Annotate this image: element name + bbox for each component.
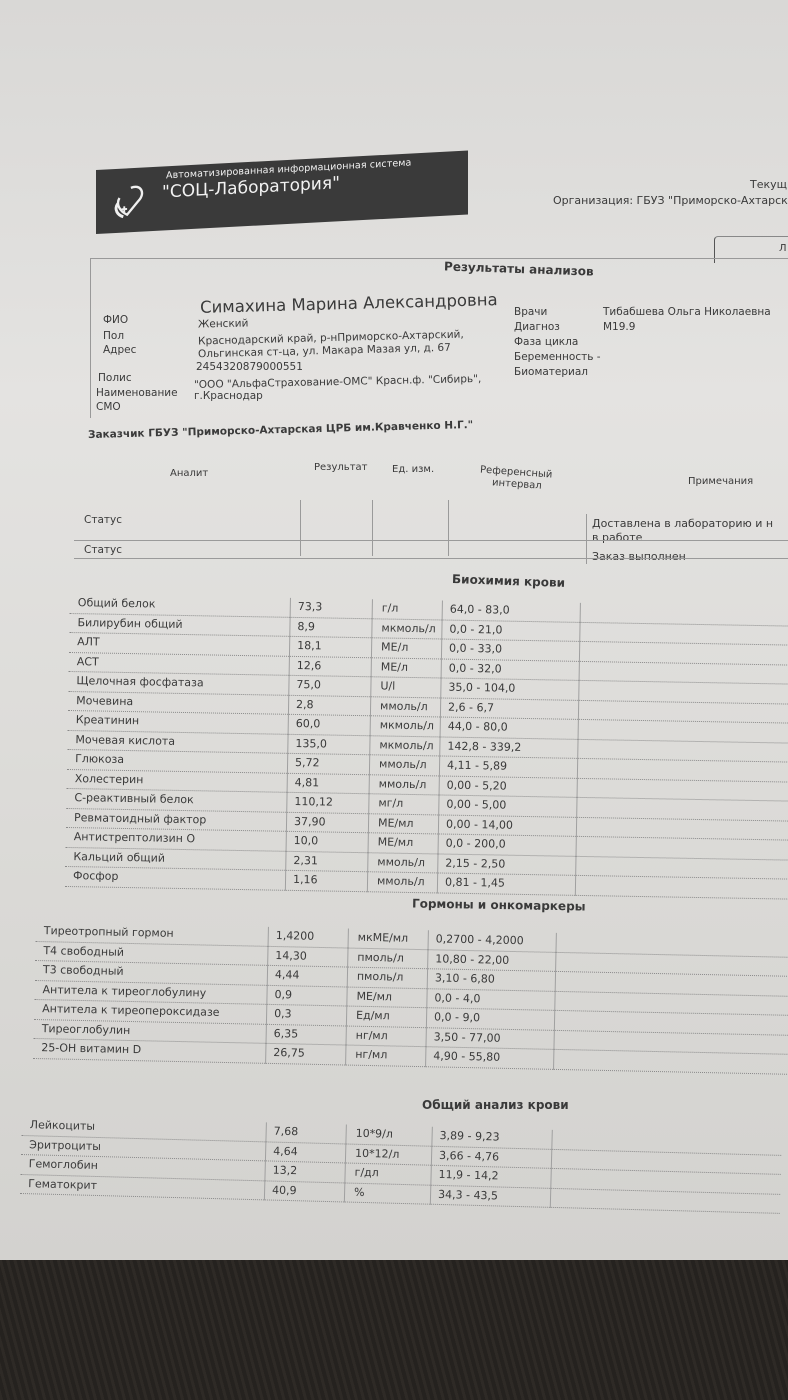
reference-range: 2,6 - 6,7 [448,700,494,714]
address-label: Адрес [103,344,136,356]
unit-value: мг/л [378,796,403,809]
tab-fragment-text: Л [779,243,787,254]
unit-value: МЕ/л [381,640,408,653]
result-value: 0,9 [274,988,292,1001]
unit-value: Ед/мл [356,1009,390,1023]
analyte-name: Мочевина [76,694,133,708]
reference-range: 0,00 - 5,20 [447,778,507,792]
reference-range: 0,0 - 32,0 [449,661,502,675]
result-value: 40,9 [272,1183,297,1197]
col-unit: Ед. изм. [392,464,434,475]
unit-value: г/дл [354,1166,378,1180]
status-row: Статус Заказ выполнен [74,528,788,556]
result-value: 60,0 [296,717,321,730]
smo-line-2: г.Краснодар [194,390,263,402]
unit-value: нг/мл [355,1048,387,1062]
result-value: 1,16 [293,873,318,886]
unit-value: МЕ/л [381,660,408,673]
status-note: Заказ выполнен [592,550,686,564]
unit-value: U/l [380,679,395,692]
reference-range: 3,66 - 4,76 [439,1148,499,1163]
reference-range: 3,10 - 6,80 [435,971,495,985]
analyte-name: С-реактивный белок [74,791,194,806]
result-value: 7,68 [274,1125,299,1139]
result-value: 13,2 [273,1164,298,1178]
frame-top-border [90,258,788,259]
analyte-name: Гематокрит [28,1177,97,1192]
doctor-value: Тибабшева Ольга Николаевна [603,306,771,318]
reference-range: 11,9 - 14,2 [438,1168,498,1183]
analyte-name: Фосфор [73,869,119,883]
analyte-name: Холестерин [75,772,144,786]
reference-range: 64,0 - 83,0 [450,603,510,617]
result-value: 6,35 [274,1027,299,1041]
reference-range: 34,3 - 43,5 [438,1187,498,1202]
policy-label: Полис [98,372,132,384]
result-value: 8,9 [297,619,315,632]
organization-label: Организация: ГБУЗ "Приморско-Ахтарск [553,194,788,207]
reference-range: 142,8 - 339,2 [447,739,521,753]
page-title: Результаты анализов [444,259,594,278]
col-result: Результат [314,462,367,473]
status-label: Статус [84,544,122,556]
document-paper: Автоматизированная информационная систем… [0,0,788,1310]
reference-range: 0,2700 - 4,2000 [436,932,524,947]
fio-label: ФИО [103,314,128,326]
unit-value: мкмоль/л [379,738,433,752]
analyte-name: Тиреотропный гормон [44,924,174,940]
unit-value: мкмоль/л [381,621,435,635]
result-value: 26,75 [273,1046,305,1060]
unit-value: г/л [382,601,399,614]
analyte-name: Кальций общий [73,850,165,865]
biochemistry-table: Общий белок73,3г/л64,0 - 83,0Билирубин о… [65,594,788,900]
reference-range: 0,0 - 9,0 [434,1010,480,1024]
system-banner: Автоматизированная информационная систем… [96,151,468,234]
unit-value: МЕ/мл [356,989,392,1003]
reference-range: 35,0 - 104,0 [448,681,515,695]
section-title-hormones: Гормоны и онкомаркеры [412,896,586,913]
reference-range: 3,50 - 77,00 [434,1030,501,1044]
analyte-name: 25-ОН витамин D [41,1041,141,1056]
analyte-name: Креатинин [76,713,140,727]
frame-left-border [90,258,91,418]
analyte-name: Т4 свободный [43,944,124,959]
result-value: 4,44 [275,968,300,982]
result-value: 135,0 [295,736,327,750]
unit-value: 10*12/л [355,1146,400,1160]
result-value: 4,81 [295,775,320,788]
result-value: 4,64 [273,1144,298,1158]
analyte-name: Лейкоциты [30,1118,96,1133]
reference-range: 0,0 - 200,0 [446,837,506,851]
status-label: Статус [84,514,122,526]
result-value: 0,3 [274,1007,292,1020]
analyte-name: АЛТ [77,635,100,648]
unit-value: ммоль/л [380,699,428,713]
reference-range: 0,81 - 1,45 [445,876,505,890]
result-value: 2,8 [296,697,314,710]
diagnosis-value: M19.9 [603,321,635,333]
analyte-name: Мочевая кислота [75,733,175,748]
result-value: 5,72 [295,756,320,769]
col-reference-2: интервал [492,477,542,491]
result-value: 12,6 [297,658,322,671]
reference-range: 0,0 - 21,0 [449,622,502,636]
unit-value: 10*9/л [355,1127,393,1141]
result-value: 37,90 [294,814,326,828]
policy-value: 2454320879000551 [196,361,303,373]
col-notes: Примечания [688,476,753,487]
analyte-name: Общий белок [78,596,156,610]
section-title-biochemistry: Биохимия крови [452,572,565,590]
unit-value: мкмоль/л [380,718,434,732]
reference-range: 4,90 - 55,80 [433,1049,500,1063]
unit-value: МЕ/мл [378,835,414,849]
reference-range: 44,0 - 80,0 [448,720,508,734]
biomaterial-label: Биоматериал [514,366,588,378]
status-table: Статус Доставлена в лабораторию и н в ра… [74,500,788,556]
unit-value: МЕ/мл [378,816,414,830]
result-value: 1,4200 [276,929,315,943]
unit-value: пмоль/л [357,950,404,964]
section-title-cbc: Общий анализ крови [422,1098,569,1112]
row-divider [74,558,788,559]
unit-value: ммоль/л [379,757,427,771]
cbc-table: Лейкоциты7,6810*9/л3,89 - 9,23Эритроциты… [20,1116,782,1214]
unit-value: нг/мл [356,1028,388,1042]
unit-value: ммоль/л [377,874,425,888]
result-value: 73,3 [298,600,323,613]
current-label: Текущ [750,178,787,191]
reference-range: 3,89 - 9,23 [439,1129,499,1144]
unit-value: ммоль/л [377,855,425,869]
pregnancy-label: Беременность - [514,351,601,363]
patient-name: Симахина Марина Александровна [200,290,498,317]
analyte-name: Билирубин общий [77,616,182,631]
analyte-name: Антистрептолизин О [74,830,196,845]
unit-value: мкМЕ/мл [358,931,409,945]
sex-label: Пол [103,330,124,342]
smo-label: Наименование СМО [96,386,178,414]
analyte-name: Щелочная фосфатаза [76,674,203,689]
result-value: 14,30 [275,949,307,963]
result-value: 75,0 [296,678,321,691]
heart-cross-logo-icon [110,181,148,221]
analyte-name: Антитела к тиреопероксидазе [42,1002,220,1019]
sex-value: Женский [198,318,249,331]
reference-range: 0,00 - 14,00 [446,817,513,831]
result-value: 110,12 [294,795,333,809]
background-fabric [0,1260,788,1400]
status-row: Статус Доставлена в лабораторию и н в ра… [74,500,788,528]
reference-range: 2,15 - 2,50 [445,856,505,870]
doctors-label: Врачи [514,306,547,318]
reference-range: 10,80 - 22,00 [435,952,509,967]
unit-value: ммоль/л [379,777,427,791]
analyte-name: Глюкоза [75,752,124,766]
diagnosis-label: Диагноз [514,321,560,333]
result-value: 18,1 [297,639,322,652]
analyte-name: Ревматоидный фактор [74,811,206,826]
col-analyte: Аналит [170,468,208,479]
reference-range: 0,0 - 4,0 [434,991,480,1005]
reference-range: 0,0 - 33,0 [449,642,502,656]
result-value: 10,0 [294,834,319,847]
analyte-name: Т3 свободный [43,963,124,978]
hormones-table: Тиреотропный гормон1,4200мкМЕ/мл0,2700 -… [33,922,788,1074]
reference-range: 0,00 - 5,00 [446,798,506,812]
unit-value: % [354,1185,365,1198]
reference-range: 4,11 - 5,89 [447,759,507,773]
smo-line-1: "ООО "АльфаСтрахование-ОМС" Красн.ф. "Си… [194,373,482,391]
analyte-name: Тиреоглобулин [42,1022,131,1037]
analyte-name: Антитела к тиреоглобулину [42,983,206,999]
analyte-name: АСТ [77,655,99,668]
customer-line: Заказчик ГБУЗ "Приморско-Ахтарская ЦРБ и… [88,419,473,441]
cycle-phase-label: Фаза цикла [514,336,578,348]
analyte-name: Эритроциты [29,1138,101,1153]
result-value: 2,31 [293,853,318,866]
unit-value: пмоль/л [357,970,404,984]
analyte-name: Гемоглобин [29,1157,98,1172]
